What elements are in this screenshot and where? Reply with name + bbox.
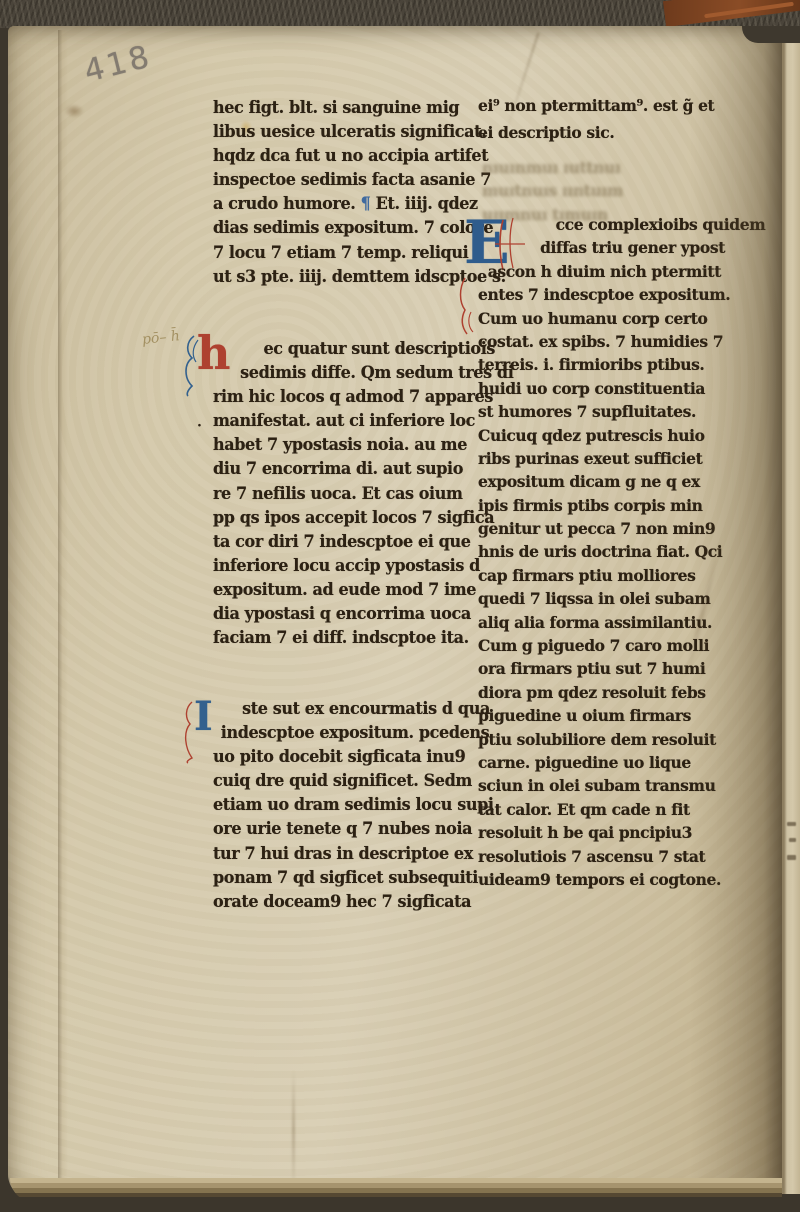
bottom-page-edges xyxy=(10,1178,782,1202)
fore-edge-page-stack xyxy=(0,0,58,1186)
left-fold-crease xyxy=(58,30,68,1190)
manuscript-text-line: faciam 7 ei diff. indscptoe ita. xyxy=(213,626,461,650)
edge-ink-fragment xyxy=(787,822,796,826)
blue-penwork-flourish xyxy=(180,332,202,398)
manuscript-text-line: etiam uo dram sedimis locu supi xyxy=(213,793,461,817)
edge-ink-fragment xyxy=(787,855,796,860)
manuscript-text-line: 7 locu 7 etiam 7 temp. reliqui e xyxy=(213,241,461,265)
manuscript-text-line: re 7 nefilis uoca. Et cas oium xyxy=(213,482,461,506)
top-right-corner-shadow xyxy=(742,26,800,43)
manuscript-text-line: ec quatur sunt descriptiois xyxy=(213,337,461,361)
manuscript-text-line: cuiq dre quid significet. Sedm xyxy=(213,769,461,793)
gutter-shadow xyxy=(690,26,782,1200)
manuscript-text-line: habet 7 ypostasis noia. au me xyxy=(213,433,461,457)
manuscript-text-line: ore urie tenete q 7 nubes noia xyxy=(213,817,461,841)
manuscript-text-line: indescptoe expositum. pcedens xyxy=(213,721,461,745)
margin-dot: · xyxy=(197,418,202,434)
manuscript-text-line: hec figt. blt. si sanguine mig xyxy=(213,96,461,120)
manuscript-text-line: expositum. ad eude mod 7 ime xyxy=(213,578,461,602)
red-penwork-flourish xyxy=(180,700,200,764)
manuscript-text-line: orate doceam9 hec 7 sigficata xyxy=(213,890,461,914)
manuscript-photo: 418 pō– h̄ · hec figt. blt. si sanguine … xyxy=(0,0,800,1212)
manuscript-text-line: diu 7 encorrima di. aut supio xyxy=(213,457,461,481)
manuscript-text-line: hqdz dca fut u no accipia artifet xyxy=(213,144,461,168)
manuscript-text-line: inferiore locu accip ypostasis d xyxy=(213,554,461,578)
manuscript-text-line: a crudo humore. ¶ Et. iiij. qdez xyxy=(213,192,461,216)
manuscript-text-line: dias sedimis expositum. 7 colore xyxy=(213,216,461,240)
manuscript-text-line: sedimis diffe. Qm sedum tres di xyxy=(213,361,461,385)
manuscript-text-line: manifestat. aut ci inferiore loc xyxy=(213,409,461,433)
left-column-block-2: ec quatur sunt descriptioissedimis diffe… xyxy=(213,337,469,650)
manuscript-text-line: libus uesice ulceratis significat. xyxy=(213,120,461,144)
pilcrow-mark: ¶ xyxy=(361,194,371,213)
manuscript-text-line: uo pito docebit sigficata inu9 xyxy=(213,745,461,769)
parchment-wrinkle xyxy=(292,1070,295,1190)
manuscript-text-line: tur 7 hui dras in descriptoe ex xyxy=(213,842,461,866)
manuscript-text-line: ta cor diri 7 indescptoe ei que xyxy=(213,530,461,554)
manuscript-text-line: ponam 7 qd sigficet subsequiti xyxy=(213,866,461,890)
manuscript-text-line: ut s3 pte. iiij. demttem idscptoe s. xyxy=(213,265,461,289)
brown-stain xyxy=(64,104,84,118)
edge-ink-fragment xyxy=(789,838,796,842)
manuscript-text-line: dia ypostasi q encorrima uoca xyxy=(213,602,461,626)
manuscript-text-line: ste sut ex encourmatis d qua xyxy=(213,697,461,721)
facing-page-edge xyxy=(782,34,800,1194)
manuscript-text-line: inspectoe sedimis facta asanie 7 xyxy=(213,168,461,192)
left-column-block-1: hec figt. blt. si sanguine miglibus uesi… xyxy=(213,96,469,289)
manuscript-text-line: pp qs ipos accepit locos 7 sigfica xyxy=(213,506,461,530)
manuscript-text-line: rim hic locos q admod 7 appares xyxy=(213,385,461,409)
left-column-block-3: ste sut ex encourmatis d quaindescptoe e… xyxy=(213,697,469,914)
